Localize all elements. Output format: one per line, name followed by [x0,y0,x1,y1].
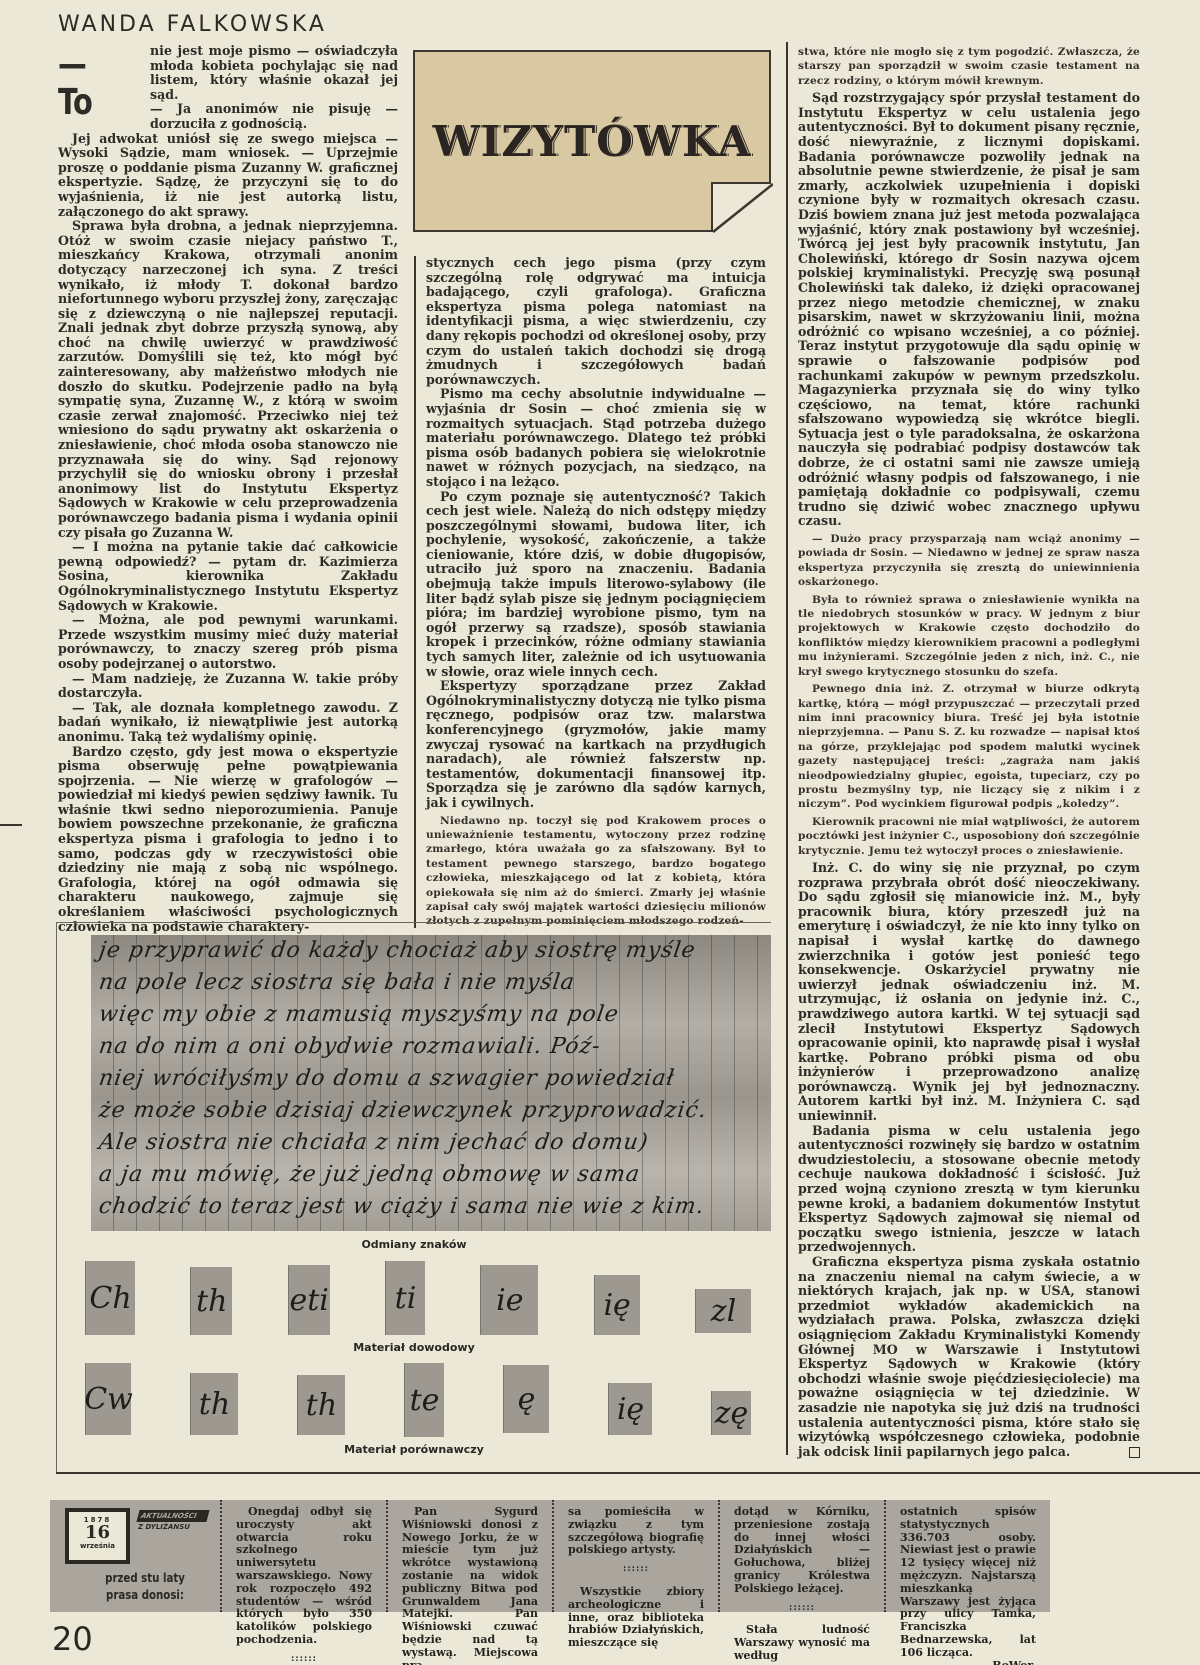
glyph-sample: eti [288,1265,330,1335]
article-column-2: stycznych cech jego pisma (przy czym szc… [426,256,766,932]
folded-corner-icon [711,182,771,232]
news-column: Onegdaj odbył się uroczysty akt otwarcia… [220,1500,386,1612]
article-column-1: — Tonie jest moje pismo — oświadczyła mł… [58,44,398,934]
glyph-sample: ię [608,1383,652,1435]
date-box: 1878 16 września [65,1508,130,1564]
glyph-sample: te [404,1363,444,1437]
news-column: dotąd w Kórniku, przeniesione zostają do… [718,1500,884,1612]
author-name: WANDA FALKOWSKA [58,12,327,37]
glyph-sample: ię [594,1275,640,1335]
news-column: ostatnich spisów statystycznych 336.703 … [884,1500,1050,1612]
small-paragraph: Niedawno np. toczył się pod Krakowem pro… [426,814,766,929]
strip-label: przed stu laty prasa donosi: [90,1570,201,1604]
paragraph: — I można na pytanie takie dać całkowici… [58,540,398,613]
small-paragraph: stwa, które nie mogło się z tym pogodzić… [798,45,1140,88]
separator: :::::: [568,1563,704,1576]
lead-paragraph: — Tonie jest moje pismo — oświadczyła mł… [58,44,398,102]
evidence-glyph-row: Ch th eti ti ie ię zl [85,1261,771,1335]
drop-cap: — To [58,46,125,122]
paragraph: Ekspertyzy sporządzane przez Zakład Ogól… [426,679,766,810]
stagecoach-logo-icon: AKTUALNOŚCI Z DYLIŻANSU [138,1510,208,1554]
news-column: Pan Sygurd Wiśniowski donosi z Nowego Jo… [386,1500,552,1612]
end-of-article-icon [1129,1447,1140,1458]
signature: BoWer. [900,1660,1036,1665]
news-column: sa pomieściła w związku z tym szczegółow… [552,1500,718,1612]
paragraph: — Mam nadzieję, że Zuzanna W. takie prób… [58,672,398,701]
small-paragraph: Była to również sprawa o zniesławienie w… [798,593,1140,679]
glyph-sample: ti [385,1261,425,1335]
glyph-sample: ie [480,1265,538,1335]
separator: :::::: [236,1653,372,1665]
paragraph: Inż. C. do winy się nie przyznał, po czy… [798,861,1140,1124]
small-paragraph: Kierownik pracowni nie miał wątpliwości,… [798,815,1140,858]
glyph-sample: Cw [85,1363,131,1435]
small-paragraph: — Dużo pracy przysparzają nam wciąż anon… [798,532,1140,590]
handwriting-figure: je przyprawić do każdy chociaż aby siost… [56,922,771,1474]
separator: :::::: [734,1602,870,1615]
comparison-glyph-row: Cw th th te ę ię zę [85,1363,771,1437]
glyph-sample: zę [711,1391,751,1435]
small-paragraph: Pewnego dnia inż. Z. otrzymał w biurze o… [798,682,1140,812]
margin-mark [0,824,22,826]
caption-evidence: Materiał dowodowy [57,1341,771,1354]
paragraph: Graficzna ekspertyza pisma zyskała ostat… [798,1255,1140,1459]
glyph-sample: zl [695,1289,751,1333]
paragraph: — Tak, ale doznała kompletnego zawodu. Z… [58,701,398,745]
paragraph: Po czym poznaje się autentyczność? Takic… [426,490,766,680]
title-card: WIZYTÓWKA [413,50,771,232]
glyph-sample: Ch [85,1261,135,1335]
glyph-sample: ę [503,1365,549,1433]
paragraph: Badania pisma w celu ustalenia jego aute… [798,1124,1140,1255]
caption-comparison: Materiał porównawczy [57,1443,771,1456]
paragraph: stycznych cech jego pisma (przy czym szc… [426,256,766,387]
paragraph: Pismo ma cechy absolutnie indywidualne —… [426,387,766,489]
paragraph: Sprawa była drobna, a jednak nieprzyjemn… [58,219,398,540]
glyph-sample: th [297,1375,345,1435]
paragraph: — Można, ale pod pewnymi warunkami. Prze… [58,613,398,671]
history-news-strip: 1878 16 września AKTUALNOŚCI Z DYLIŻANSU… [50,1500,1050,1612]
strip-header: 1878 16 września AKTUALNOŚCI Z DYLIŻANSU… [50,1500,220,1612]
paragraph: Sąd rozstrzygający spór przysłał testame… [798,91,1140,529]
paragraph: Jej adwokat uniósł się ze swego miejsca … [58,132,398,220]
glyph-sample: th [190,1373,238,1435]
handwriting-sample-image: je przyprawić do każdy chociaż aby siost… [91,935,771,1231]
article-title: WIZYTÓWKA [415,117,769,166]
glyph-sample: th [190,1267,232,1335]
page-number: 20 [52,1620,93,1658]
caption-variants: Odmiany znaków [57,1238,771,1251]
paragraph: Bardzo często, gdy jest mowa o ekspertyz… [58,745,398,935]
article-column-3: stwa, które nie mogło się z tym pogodzić… [798,42,1140,1459]
